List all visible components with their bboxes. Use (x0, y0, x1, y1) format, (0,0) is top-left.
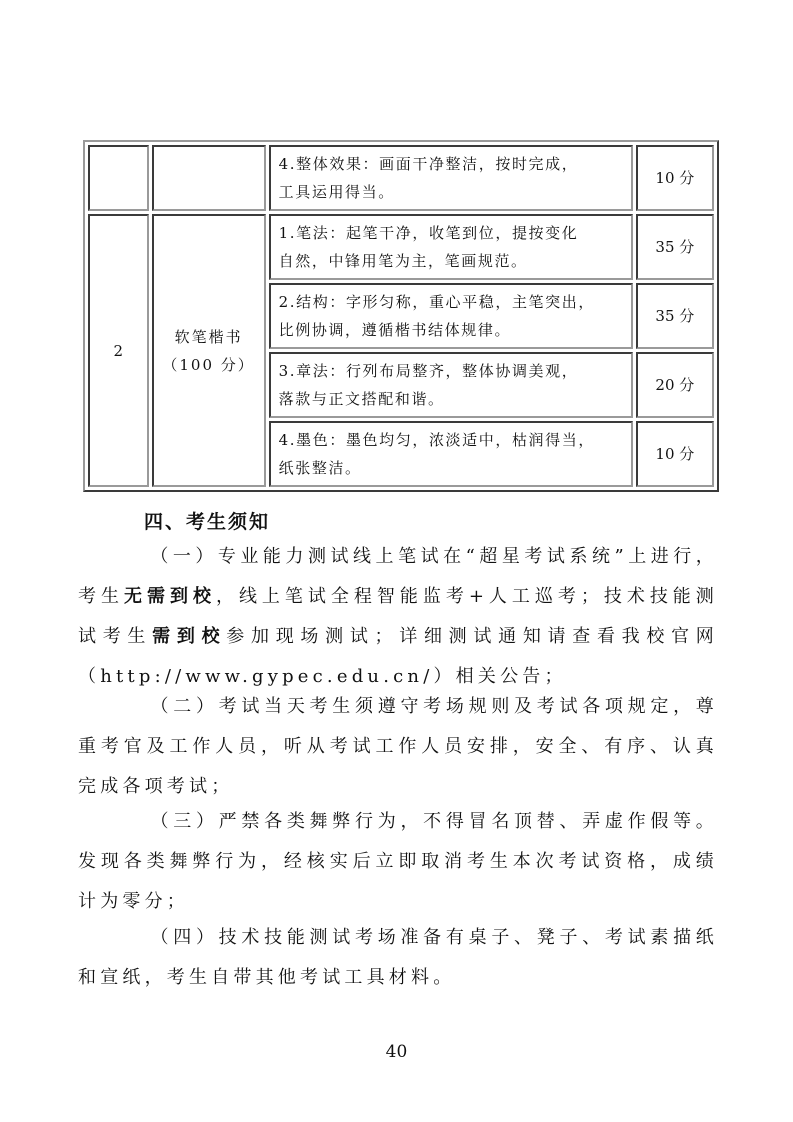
website-link[interactable]: http://www.gypec.edu.cn/ (100, 666, 433, 687)
notice-item-2: （二）考试当天考生须遵守考场规则及考试各项规定，尊重考官及工作人员，听从考试工作… (78, 687, 718, 807)
item-number-cell (88, 145, 149, 211)
table-row: 2 软笔楷书 （100 分） 1.笔法：起笔干净，收笔到位，提按变化 自然，中锋… (88, 214, 714, 280)
criterion-cell: 4.整体效果：画面干净整洁，按时完成， 工具运用得当。 (269, 145, 633, 211)
notice-text: （二）考试当天考生须遵守考场规则及考试各项规定，尊重考官及工作人员，听从考试工作… (78, 696, 718, 797)
notice-item-4: （四）技术技能测试考场准备有桌子、凳子、考试素描纸和宣纸，考生自带其他考试工具材… (78, 918, 718, 998)
section-heading: 四、考生须知 (144, 507, 270, 537)
criterion-line: 工具运用得当。 (279, 183, 395, 201)
criterion-line: 4.墨色：墨色均匀，浓淡适中，枯润得当， (279, 431, 595, 449)
criterion-cell: 4.墨色：墨色均匀，浓淡适中，枯润得当， 纸张整洁。 (269, 421, 633, 487)
emphasis-must-come: 需到校 (152, 626, 226, 647)
scoring-criteria-table: 4.整体效果：画面干净整洁，按时完成， 工具运用得当。 10 分 2 软笔楷书 … (83, 140, 719, 492)
criterion-cell: 3.章法：行列布局整齐，整体协调美观， 落款与正文搭配和谐。 (269, 352, 633, 418)
document-page: 4.整体效果：画面干净整洁，按时完成， 工具运用得当。 10 分 2 软笔楷书 … (0, 0, 793, 1122)
score-cell: 35 分 (636, 214, 714, 280)
score-cell: 10 分 (636, 145, 714, 211)
criterion-line: 比例协调，遵循楷书结体规律。 (279, 321, 511, 339)
emphasis-no-need-to-come: 无需到校 (124, 586, 216, 607)
notice-item-1: （一）专业能力测试线上笔试在“超星考试系统”上进行，考生无需到校，线上笔试全程智… (78, 537, 718, 697)
criterion-line: 落款与正文搭配和谐。 (279, 390, 445, 408)
criterion-cell: 2.结构：字形匀称，重心平稳，主笔突出， 比例协调，遵循楷书结体规律。 (269, 283, 633, 349)
category-name: 软笔楷书 (154, 323, 264, 351)
criterion-line: 纸张整洁。 (279, 459, 362, 477)
item-number-cell: 2 (88, 214, 149, 487)
criterion-line: 4.整体效果：画面干净整洁，按时完成， (279, 155, 579, 173)
criterion-line: 自然，中锋用笔为主，笔画规范。 (279, 252, 528, 270)
category-cell (152, 145, 266, 211)
notice-text: ）相关公告； (433, 666, 566, 687)
category-total: （100 分） (154, 351, 264, 379)
notice-text: （四）技术技能测试考场准备有桌子、凳子、考试素描纸和宣纸，考生自带其他考试工具材… (78, 927, 718, 988)
notice-item-3: （三）严禁各类舞弊行为，不得冒名顶替、弄虚作假等。发现各类舞弊行为，经核实后立即… (78, 802, 718, 922)
criterion-cell: 1.笔法：起笔干净，收笔到位，提按变化 自然，中锋用笔为主，笔画规范。 (269, 214, 633, 280)
score-cell: 35 分 (636, 283, 714, 349)
score-cell: 20 分 (636, 352, 714, 418)
criterion-line: 3.章法：行列布局整齐，整体协调美观， (279, 362, 579, 380)
criterion-line: 1.笔法：起笔干净，收笔到位，提按变化 (279, 224, 579, 242)
score-cell: 10 分 (636, 421, 714, 487)
category-cell: 软笔楷书 （100 分） (152, 214, 266, 487)
table-row: 4.整体效果：画面干净整洁，按时完成， 工具运用得当。 10 分 (88, 145, 714, 211)
criterion-line: 2.结构：字形匀称，重心平稳，主笔突出， (279, 293, 595, 311)
page-number: 40 (0, 1040, 793, 1064)
notice-text: （三）严禁各类舞弊行为，不得冒名顶替、弄虚作假等。发现各类舞弊行为，经核实后立即… (78, 811, 718, 912)
